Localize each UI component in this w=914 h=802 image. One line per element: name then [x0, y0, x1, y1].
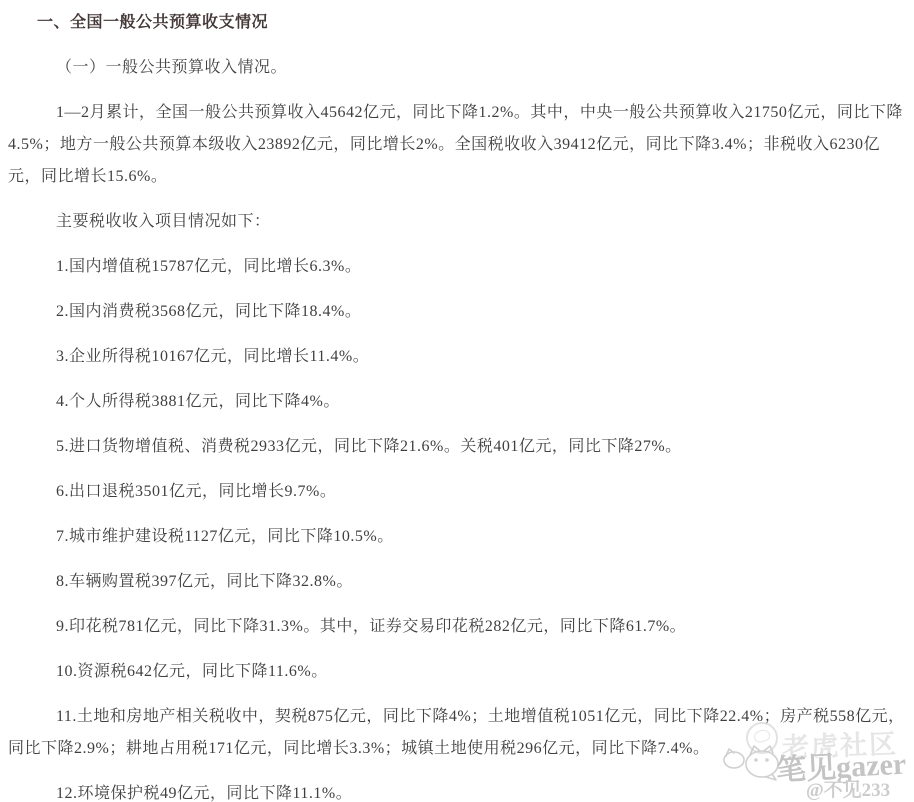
tax-item-7: 7.城市维护建设税1127亿元，同比下降10.5%。: [8, 521, 906, 553]
tax-item-4: 4.个人所得税3881亿元，同比下降4%。: [8, 386, 906, 418]
tax-item-1: 1.国内增值税15787亿元，同比增长6.3%。: [8, 251, 906, 283]
tax-item-9: 9.印花税781亿元，同比下降31.3%。其中，证券交易印花税282亿元，同比下…: [8, 611, 906, 643]
tax-item-8: 8.车辆购置税397亿元，同比下降32.8%。: [8, 566, 906, 598]
tax-items-intro: 主要税收收入项目情况如下：: [8, 206, 906, 238]
tax-item-11: 11.土地和房地产相关税收中，契税875亿元，同比下降4%；土地增值税1051亿…: [8, 701, 906, 765]
tax-item-3: 3.企业所得税10167亿元，同比增长11.4%。: [8, 341, 906, 373]
tax-item-5: 5.进口货物增值税、消费税2933亿元，同比下降21.6%。关税401亿元，同比…: [8, 431, 906, 463]
subsection-title: （一）一般公共预算收入情况。: [8, 52, 906, 84]
section-heading: 一、全国一般公共预算收支情况: [8, 7, 906, 39]
tax-item-12: 12.环境保护税49亿元，同比下降11.1%。: [8, 778, 906, 802]
article-body: 一、全国一般公共预算收支情况 （一）一般公共预算收入情况。 1—2月累计，全国一…: [0, 0, 914, 802]
revenue-summary-paragraph: 1—2月累计，全国一般公共预算收入45642亿元，同比下降1.2%。其中，中央一…: [8, 97, 906, 193]
tax-item-10: 10.资源税642亿元，同比下降11.6%。: [8, 656, 906, 688]
tax-item-2: 2.国内消费税3568亿元，同比下降18.4%。: [8, 296, 906, 328]
tax-item-6: 6.出口退税3501亿元，同比增长9.7%。: [8, 476, 906, 508]
